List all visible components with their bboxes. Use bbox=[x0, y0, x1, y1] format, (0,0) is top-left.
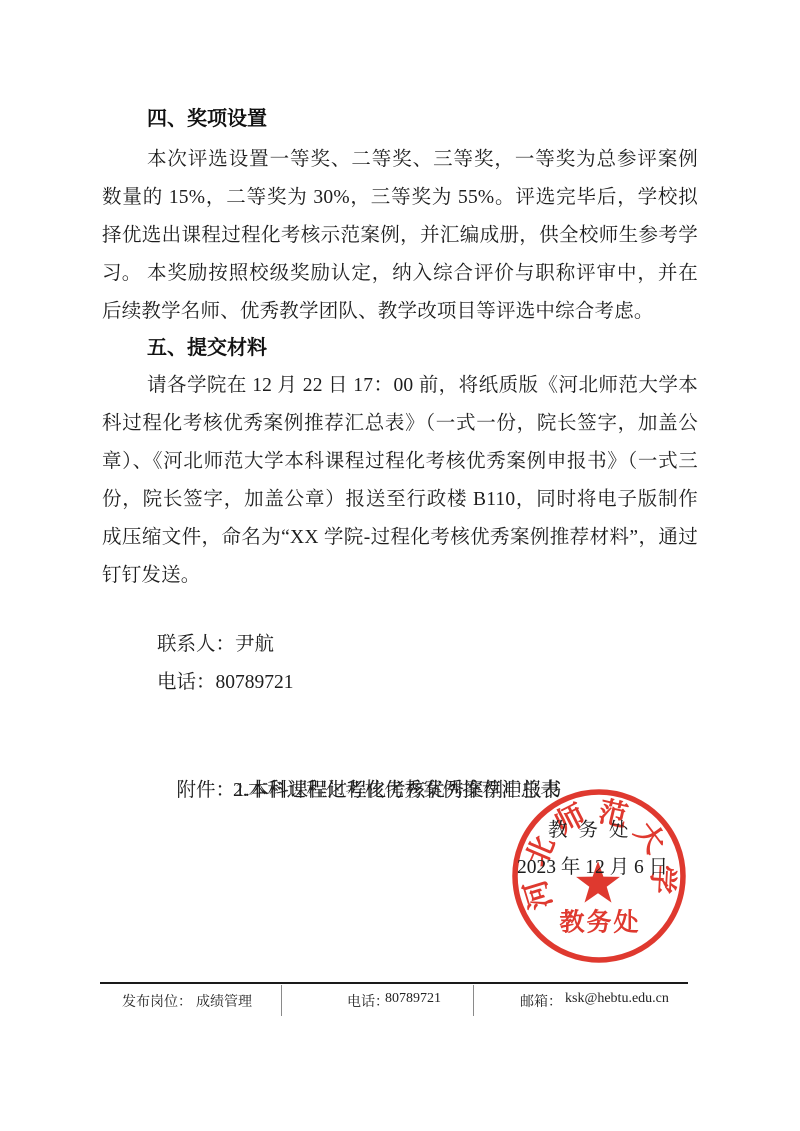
footer-phone-label: 电话： bbox=[347, 991, 389, 1011]
footer-position-value: 成绩管理 bbox=[196, 991, 252, 1011]
paragraph-materials-submission: 请各学院在 12 月 22 日 17：00 前，将纸质版《河北师范大学本科过程化… bbox=[102, 367, 698, 595]
contact-person-line: 联系人：尹航 bbox=[157, 626, 274, 664]
footer-divider bbox=[281, 985, 282, 1016]
paragraph-awards-recognition: 本奖励按照校级奖励认定，纳入综合评价与职称评审中，并在后续教学名师、优秀教学团队… bbox=[102, 255, 698, 331]
attachments-label: 附件： bbox=[177, 780, 236, 801]
footer-bar: 发布岗位： 成绩管理 电话： 80789721 邮箱： ksk@hebtu.ed… bbox=[100, 982, 688, 1018]
footer-email-label: 邮箱： bbox=[520, 991, 562, 1011]
footer-divider bbox=[473, 985, 474, 1016]
footer-phone-value: 80789721 bbox=[385, 991, 441, 1007]
signature-date: 2023 年 12 月 6 日 bbox=[517, 849, 668, 887]
document-page: 四、奖项设置 本次评选设置一等奖、二等奖、三等奖，一等奖为总参评案例数量的 15… bbox=[0, 0, 800, 1131]
footer-email-value: ksk@hebtu.edu.cn bbox=[565, 991, 669, 1007]
section-heading-materials: 五、提交材料 bbox=[147, 329, 267, 367]
signature-department: 教务处 bbox=[548, 812, 640, 850]
section-heading-awards: 四、奖项设置 bbox=[147, 100, 267, 138]
seal-department-text: 教务处 bbox=[559, 908, 640, 937]
footer-position-label: 发布岗位： bbox=[122, 991, 192, 1011]
contact-phone-line: 电话：80789721 bbox=[157, 664, 294, 702]
